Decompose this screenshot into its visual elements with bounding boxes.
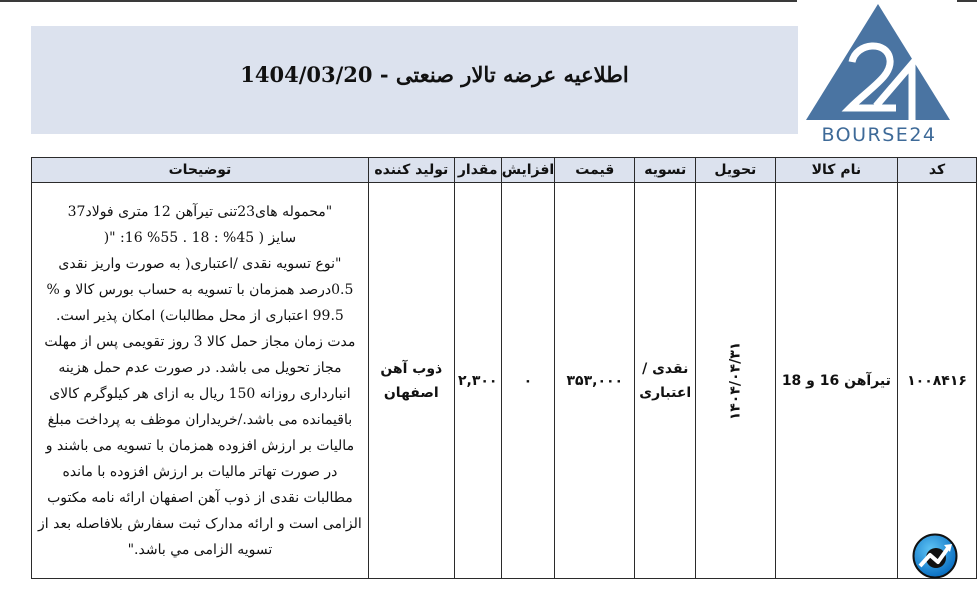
trend-badge-icon [912, 533, 958, 579]
col-header-code: کد [898, 158, 977, 183]
description-line: مالیات بر ارزش افزوده همزمان با تسویه می… [38, 433, 362, 459]
cell-settlement: نقدی / اعتباری [635, 183, 696, 579]
col-header-producer: تولید کننده [368, 158, 454, 183]
col-header-product: نام کالا [775, 158, 897, 183]
col-header-price: قیمت [555, 158, 635, 183]
cell-increase: ۰ [501, 183, 555, 579]
settlement-line: نقدی / [635, 357, 695, 381]
col-header-settlement: تسویه [635, 158, 696, 183]
description-line: در صورت تهاتر مالیات بر ارزش افزوده با م… [38, 459, 362, 485]
description-line: سایز ( 45% : 18 . 55% 16: "( [38, 225, 362, 251]
cell-product: تیرآهن 16 و 18 [775, 183, 897, 579]
description-line: مجاز تحویل می باشد. در صورت عدم حمل هزین… [38, 355, 362, 381]
description-line: 99.5 اعتباری از محل مطالبات) امکان پذیر … [38, 303, 362, 329]
title-banner: اطلاعیه عرضه تالار صنعتی - 1404/03/20 [31, 26, 798, 134]
table-row: ۱۰۰۸۴۱۶ تیرآهن 16 و 18 ۱۴۰۴/۰۴/۳۱ نقدی /… [32, 183, 977, 579]
description-line: تسویه الزامی مي باشد." [38, 537, 362, 563]
description-line: مدت زمان مجاز حمل کالا 3 روز تقویمی پس ا… [38, 329, 362, 355]
cell-description: "محموله های23تنی تیرآهن 12 متری فولاد37 … [32, 183, 369, 579]
delivery-date: ۱۴۰۴/۰۴/۳۱ [727, 341, 743, 420]
producer-line: ذوب آهن [369, 357, 454, 381]
cell-producer: ذوب آهن اصفهان [368, 183, 454, 579]
triangle-24-icon [800, 2, 958, 126]
col-header-quantity: مقدار [454, 158, 501, 183]
cell-price: ۳۵۳,۰۰۰ [555, 183, 635, 579]
page-title: اطلاعیه عرضه تالار صنعتی - 1404/03/20 [31, 62, 798, 87]
settlement-line: اعتباری [635, 381, 695, 405]
description-line: الزامی است و ارائه مدارک ثبت سفارش بلافا… [38, 511, 362, 537]
cell-delivery: ۱۴۰۴/۰۴/۳۱ [696, 183, 776, 579]
description-line: "محموله های23تنی تیرآهن 12 متری فولاد37 [38, 199, 362, 225]
col-header-delivery: تحویل [696, 158, 776, 183]
description-line: انبارداری روزانه 150 ریال به ازای هر کیل… [38, 381, 362, 407]
logo-text: BOURSE24 [800, 124, 958, 146]
description-line: مطالبات نقدی از ذوب آهن اصفهان ارائه نام… [38, 485, 362, 511]
col-header-increase: افزایش [501, 158, 555, 183]
description-line: "نوع تسویه نقدی /اعتباری( به صورت واریز … [38, 251, 362, 277]
bourse24-logo: BOURSE24 [800, 2, 958, 152]
col-header-description: توضیحات [32, 158, 369, 183]
cell-code: ۱۰۰۸۴۱۶ [898, 183, 977, 579]
offer-table: کد نام کالا تحویل تسویه قیمت افزایش مقدا… [31, 157, 977, 579]
producer-line: اصفهان [369, 381, 454, 405]
description-line: باقیمانده می باشد./خریداران موظف به پردا… [38, 407, 362, 433]
cell-quantity: ۲,۳۰۰ [454, 183, 501, 579]
description-line: 0.5درصد همزمان با تسویه به حساب بورس کال… [38, 277, 362, 303]
table-header-row: کد نام کالا تحویل تسویه قیمت افزایش مقدا… [32, 158, 977, 183]
